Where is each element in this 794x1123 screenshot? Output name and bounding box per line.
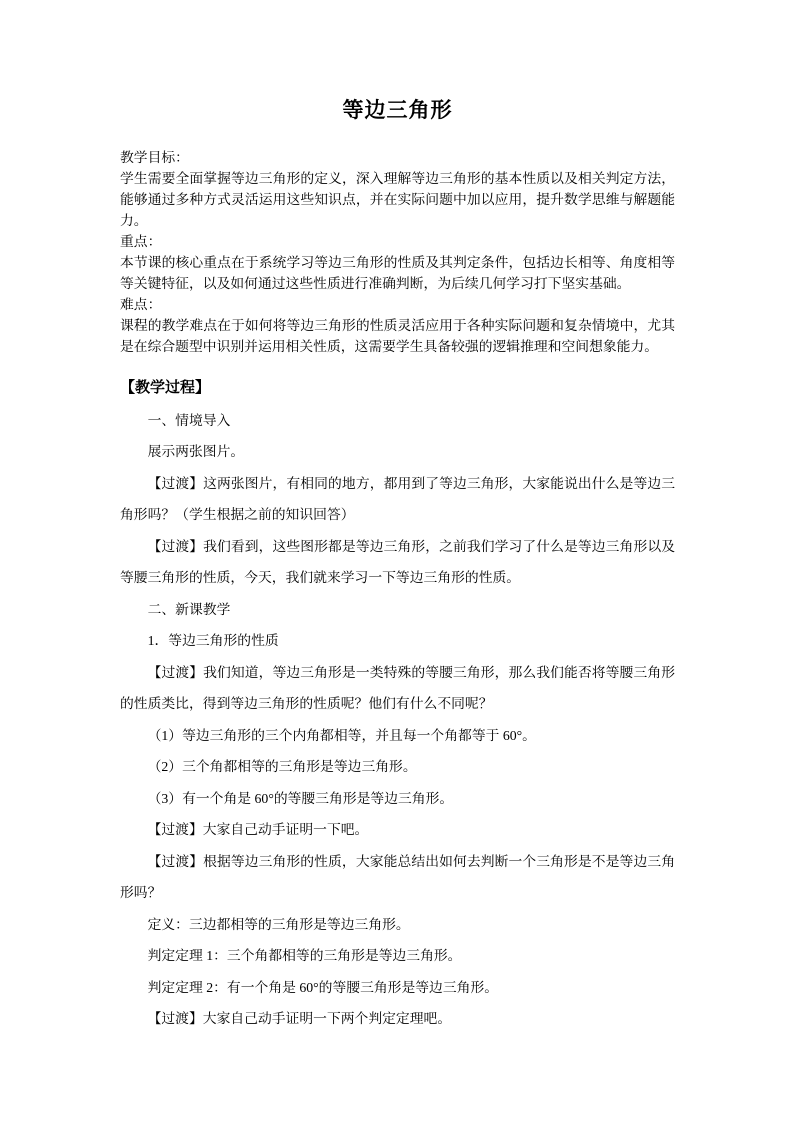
- lesson-meta-section: 教学目标： 学生需要全面掌握等边三角形的定义，深入理解等边三角形的基本性质以及相…: [120, 147, 675, 357]
- paragraph-transition-5: 【过渡】根据等边三角形的性质，大家能总结出如何去判断一个三角形是不是等边三角形吗…: [120, 846, 675, 909]
- objectives-label: 教学目标：: [120, 147, 675, 168]
- key-points-body: 本节课的核心重点在于系统学习等边三角形的性质及其判定条件，包括边长相等、角度相等…: [120, 252, 675, 294]
- property-item-2: （2）三个角都相等的三角形是等边三角形。: [120, 751, 675, 783]
- section-1-heading: 一、情境导入: [120, 405, 675, 437]
- document-page: 等边三角形 教学目标： 学生需要全面掌握等边三角形的定义，深入理解等边三角形的基…: [0, 0, 794, 1123]
- paragraph-transition-2: 【过渡】我们看到，这些图形都是等边三角形，之前我们学习了什么是等边三角形以及等腰…: [120, 531, 675, 594]
- theorem-2-line: 判定定理 2：有一个角是 60°的等腰三角形是等边三角形。: [120, 972, 675, 1004]
- paragraph-transition-1: 【过渡】这两张图片，有相同的地方，都用到了等边三角形，大家能说出什么是等边三角形…: [120, 468, 675, 531]
- subsection-1-heading: 1．等边三角形的性质: [120, 625, 675, 657]
- definition-line: 定义：三边都相等的三角形是等边三角形。: [120, 909, 675, 941]
- difficulties-label: 难点：: [120, 294, 675, 315]
- property-item-3: （3）有一个角是 60°的等腰三角形是等边三角形。: [120, 783, 675, 815]
- theorem-1-line: 判定定理 1：三个角都相等的三角形是等边三角形。: [120, 940, 675, 972]
- key-points-label: 重点：: [120, 231, 675, 252]
- paragraph-transition-6: 【过渡】大家自己动手证明一下两个判定定理吧。: [120, 1003, 675, 1035]
- paragraph-show-images: 展示两张图片。: [120, 436, 675, 468]
- paragraph-transition-3: 【过渡】我们知道，等边三角形是一类特殊的等腰三角形，那么我们能否将等腰三角形的性…: [120, 657, 675, 720]
- section-2-heading: 二、新课教学: [120, 594, 675, 626]
- difficulties-body: 课程的教学难点在于如何将等边三角形的性质灵活应用于各种实际问题和复杂情境中，尤其…: [120, 315, 675, 357]
- teaching-process-section: 【教学过程】 一、情境导入 展示两张图片。 【过渡】这两张图片，有相同的地方，都…: [120, 373, 675, 1035]
- property-item-1: （1）等边三角形的三个内角都相等，并且每一个角都等于 60°。: [120, 720, 675, 752]
- objectives-body: 学生需要全面掌握等边三角形的定义，深入理解等边三角形的基本性质以及相关判定方法，…: [120, 168, 675, 231]
- page-title: 等边三角形: [120, 97, 675, 123]
- teaching-process-heading: 【教学过程】: [120, 373, 675, 405]
- paragraph-transition-4: 【过渡】大家自己动手证明一下吧。: [120, 814, 675, 846]
